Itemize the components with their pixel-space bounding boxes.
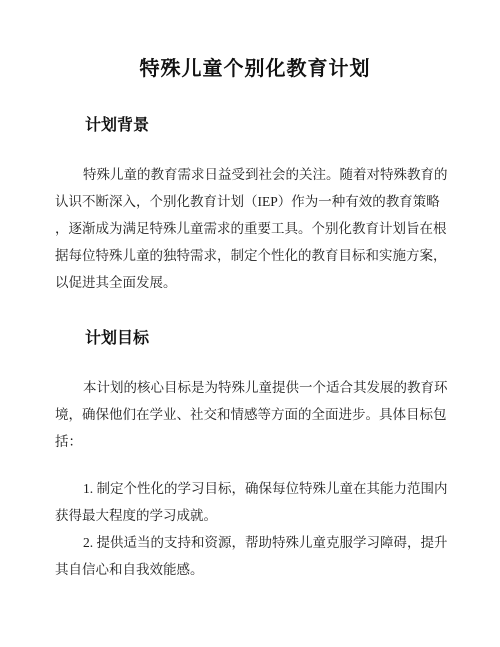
document-title: 特殊儿童个别化教育计划 (55, 55, 455, 83)
section-plan-background: 计划背景 特殊儿童的教育需求日益受到社会的关注。随着对特殊教育的 认识不断深入，… (55, 115, 455, 296)
section-plan-goals: 计划目标 本计划的核心目标是为特殊儿童提供一个适合其发展的教育环 境，确保他们在… (55, 328, 455, 583)
paragraph-goals-intro: 本计划的核心目标是为特殊儿童提供一个适合其发展的教育环 境，确保他们在学业、社交… (55, 374, 455, 455)
section-heading-background: 计划背景 (55, 115, 455, 137)
list-item-goal-1: 1. 制定个性化的学习目标，确保每位特殊儿童在其能力范围内 获得最大程度的学习成… (55, 475, 455, 529)
paragraph-background: 特殊儿童的教育需求日益受到社会的关注。随着对特殊教育的 认识不断深入，个别化教育… (55, 161, 455, 296)
section-heading-goals: 计划目标 (55, 328, 455, 350)
document-page: 特殊儿童个别化教育计划 计划背景 特殊儿童的教育需求日益受到社会的关注。随着对特… (0, 0, 500, 647)
list-item-goal-2: 2. 提供适当的支持和资源，帮助特殊儿童克服学习障碍，提升 其自信心和自我效能感… (55, 529, 455, 583)
